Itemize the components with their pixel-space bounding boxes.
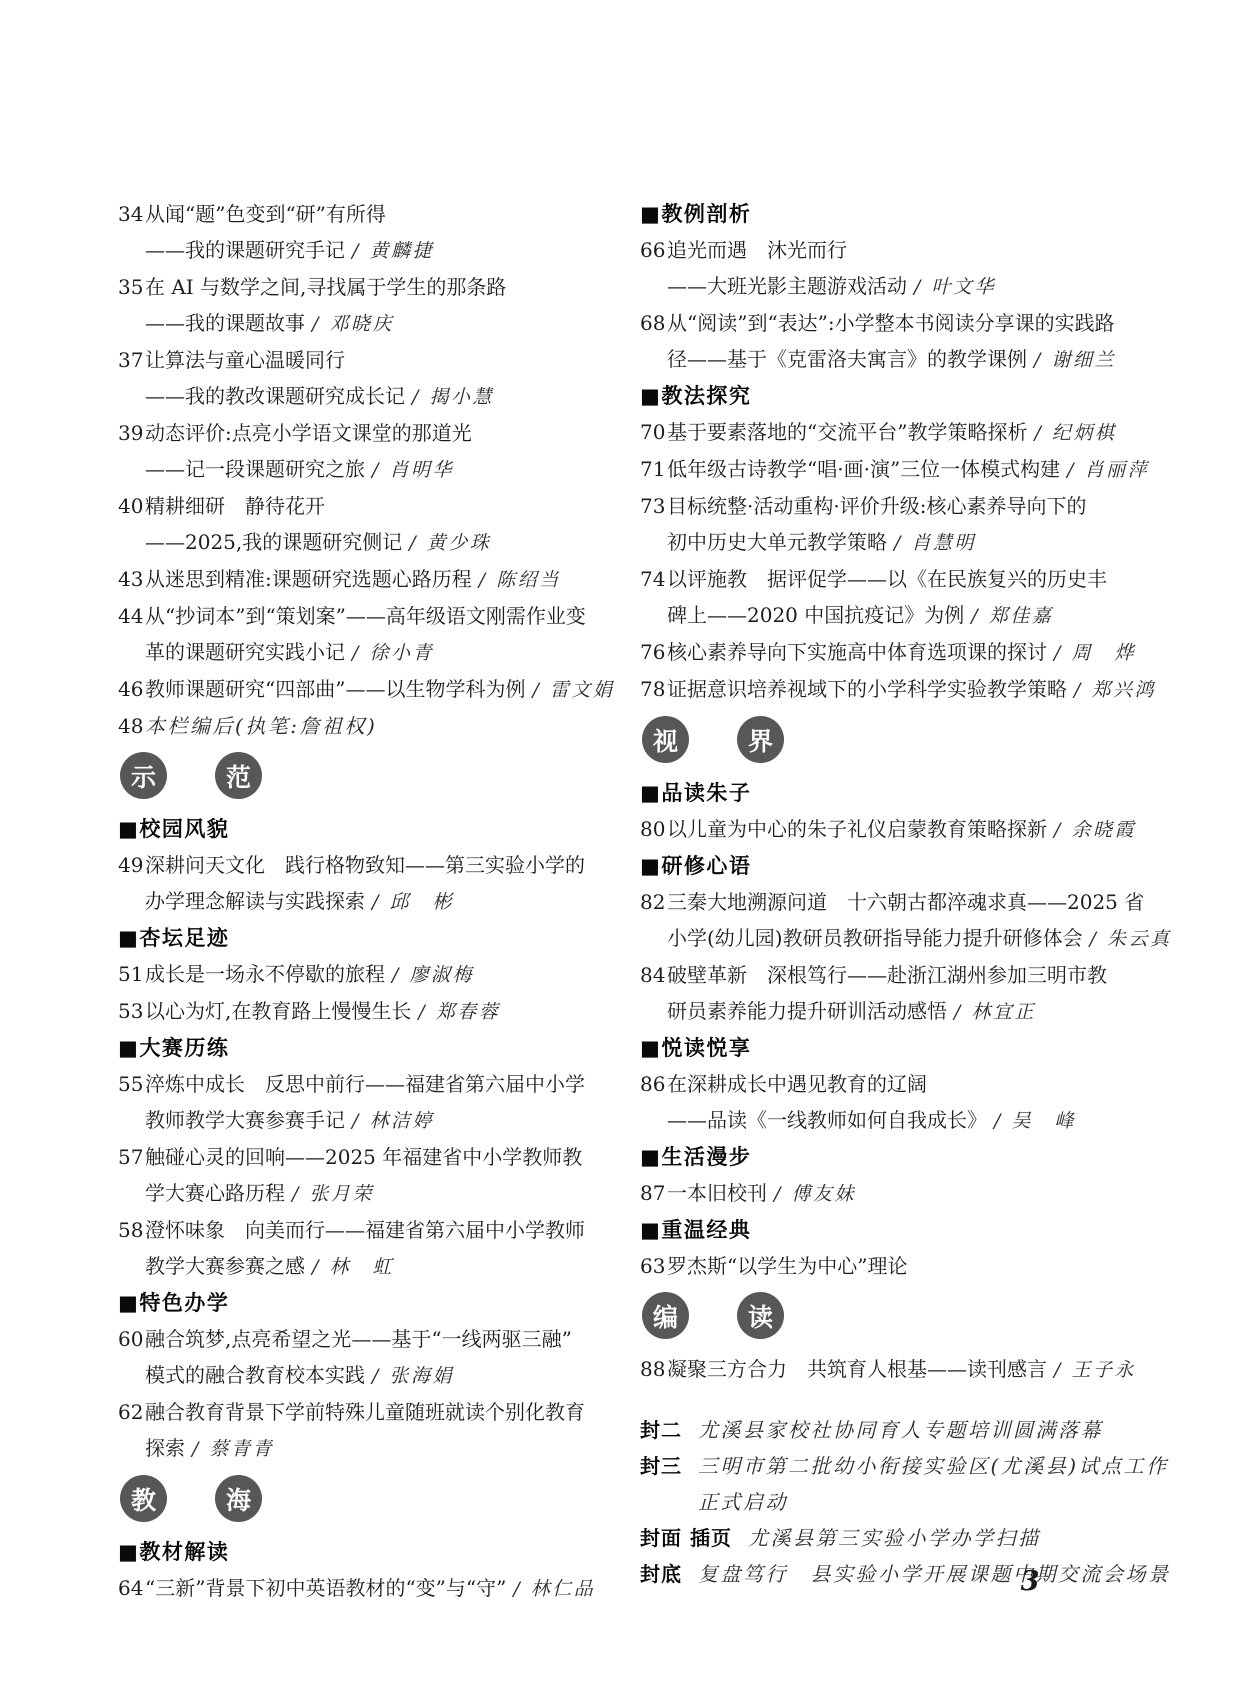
entry-page-number: 39 — [118, 415, 143, 451]
entry-title: 碑上——2020 中国抗疫记》为例 — [667, 603, 964, 627]
entry-title: 融合教育背景下学前特殊儿童随班就读个别化教育 — [145, 1400, 585, 1424]
toc-entry-continuation: 学大赛心路历程/ 张月荣 — [118, 1175, 580, 1212]
entry-title: 低年级古诗教学“唱·画·演”三位一体模式构建 — [667, 457, 1060, 481]
section-header: ■重温经典 — [640, 1212, 1162, 1248]
entry-title: 革的课题研究实践小记 — [145, 640, 345, 664]
cover-entry: 封底复盘笃行 县实验小学开展课题中期交流会场景 — [640, 1556, 1162, 1592]
entry-page-number: 53 — [118, 993, 143, 1029]
badge-circle: 读 — [737, 1292, 784, 1339]
toc-entry: 48本栏编后(执笔:詹祖权) — [118, 708, 580, 744]
entry-title: ——记一段课题研究之旅 — [145, 457, 365, 481]
toc-entry-continuation: ——品读《一线教师如何自我成长》/ 吴 峰 — [640, 1102, 1162, 1139]
entry-title: 初中历史大单元教学策略 — [667, 530, 887, 554]
section-header: ■校园风貌 — [118, 811, 580, 847]
entry-page-number: 87 — [640, 1175, 665, 1211]
entry-title: ——2025,我的课题研究侧记 — [145, 530, 402, 554]
toc-entry: 86在深耕成长中遇见教育的辽阔 — [640, 1066, 1162, 1102]
section-header: ■大赛历练 — [118, 1030, 580, 1066]
toc-page: 34从闻“题”色变到“研”有所得——我的课题研究手记/ 黄麟捷35在 AI 与数… — [0, 0, 1240, 1707]
entry-author: / 朱云真 — [1090, 928, 1172, 950]
entry-author: / 余晓霞 — [1054, 819, 1136, 841]
entry-author: / 周 烨 — [1054, 642, 1136, 664]
entry-author: / 纪炳棋 — [1034, 422, 1116, 444]
cover-entry: 封面 插页尤溪县第三实验小学办学扫描 — [640, 1520, 1162, 1556]
entry-title: 在 AI 与数学之间,寻找属于学生的那条路 — [145, 275, 506, 299]
toc-entry: 66追光而遇 沐光而行 — [640, 232, 1162, 268]
entry-author: / 揭小慧 — [412, 386, 494, 408]
entry-author: / 吴 峰 — [994, 1110, 1076, 1132]
entry-author: / 郑春蓉 — [418, 1001, 500, 1023]
entry-title: 径——基于《克雷洛夫寓言》的教学课例 — [667, 347, 1027, 371]
entry-author: / 廖淑梅 — [392, 964, 474, 986]
cover-text: 复盘笃行 县实验小学开展课题中期交流会场景 — [698, 1556, 1171, 1592]
badge-circle: 视 — [642, 716, 689, 763]
entry-author: / 蔡青青 — [192, 1438, 274, 1460]
entry-title: 小学(幼儿园)教研员教研指导能力提升研修体会 — [667, 926, 1083, 950]
entry-page-number: 48 — [118, 708, 143, 744]
entry-page-number: 88 — [640, 1351, 665, 1387]
badge-circle: 范 — [215, 752, 262, 799]
cover-entry-continuation: 正式启动 — [640, 1484, 1162, 1520]
entry-author: / 林仁品 — [513, 1578, 595, 1600]
toc-entry: 35在 AI 与数学之间,寻找属于学生的那条路 — [118, 269, 580, 305]
page-number: 3 — [1000, 1566, 1060, 1597]
entry-author: / 郑兴鸿 — [1074, 679, 1156, 701]
entry-page-number: 76 — [640, 634, 665, 670]
entry-page-number: 34 — [118, 196, 143, 232]
entry-page-number: 49 — [118, 847, 143, 883]
entry-page-number: 43 — [118, 561, 143, 597]
entry-title: 目标统整·活动重构·评价升级:核心素养导向下的 — [667, 494, 1086, 518]
toc-entry: 53以心为灯,在教育路上慢慢生长/ 郑春蓉 — [118, 993, 580, 1030]
entry-title: 动态评价:点亮小学语文课堂的那道光 — [145, 421, 472, 445]
entry-page-number: 63 — [640, 1248, 665, 1284]
entry-author: / 张月荣 — [292, 1183, 374, 1205]
entry-title: ——大班光影主题游戏活动 — [667, 274, 907, 298]
entry-title: ——我的教改课题研究成长记 — [145, 384, 405, 408]
entry-author: / 林宜正 — [954, 1001, 1036, 1023]
section-header: ■研修心语 — [640, 848, 1162, 884]
entry-page-number: 46 — [118, 671, 143, 707]
section-header: ■特色办学 — [118, 1285, 580, 1321]
cover-label: 封二 — [640, 1412, 682, 1448]
section-header: ■教材解读 — [118, 1534, 580, 1570]
entry-title: 探索 — [145, 1436, 185, 1460]
cover-text: 尤溪县第三实验小学办学扫描 — [748, 1520, 1041, 1556]
spacer — [640, 1388, 1162, 1412]
entry-title: ——品读《一线教师如何自我成长》 — [667, 1108, 987, 1132]
entry-author: / 傅友妹 — [774, 1183, 856, 1205]
toc-entry: 39动态评价:点亮小学语文课堂的那道光 — [118, 415, 580, 451]
toc-entry-continuation: 探索/ 蔡青青 — [118, 1430, 580, 1467]
cover-entry: 封二尤溪县家校社协同育人专题培训圆满落幕 — [640, 1412, 1162, 1448]
entry-title: 以心为灯,在教育路上慢慢生长 — [145, 999, 411, 1023]
entry-author: / 肖慧明 — [894, 532, 976, 554]
entry-title: 三秦大地溯源问道 十六朝古都淬魂求真——2025 省 — [667, 890, 1144, 914]
entry-author: / 叶文华 — [914, 276, 996, 298]
badge-circle: 界 — [737, 716, 784, 763]
entry-page-number: 73 — [640, 488, 665, 524]
entry-title: 研员素养能力提升研训活动感悟 — [667, 999, 947, 1023]
entry-page-number: 60 — [118, 1321, 143, 1357]
entry-title: 学大赛心路历程 — [145, 1181, 285, 1205]
toc-entry-continuation: 小学(幼儿园)教研员教研指导能力提升研修体会/ 朱云真 — [640, 920, 1162, 957]
entry-title: 从迷思到精准:课题研究选题心路历程 — [145, 567, 472, 591]
entry-author: / 郑佳嘉 — [971, 605, 1053, 627]
cover-text: 正式启动 — [698, 1490, 788, 1514]
toc-entry-continuation: ——大班光影主题游戏活动/ 叶文华 — [640, 268, 1162, 305]
entry-title: 让算法与童心温暖同行 — [145, 348, 345, 372]
entry-author: / 雷文娟 — [532, 679, 614, 701]
entry-author: / 林 虹 — [312, 1256, 394, 1278]
section-header: ■杏坛足迹 — [118, 920, 580, 956]
entry-page-number: 84 — [640, 957, 665, 993]
toc-entry: 84破壁革新 深根笃行——赴浙江湖州参加三明市教 — [640, 957, 1162, 993]
toc-entry: 74以评施教 据评促学——以《在民族复兴的历史丰 — [640, 561, 1162, 597]
toc-entry: 34从闻“题”色变到“研”有所得 — [118, 196, 580, 232]
toc-entry: 80以儿童为中心的朱子礼仪启蒙教育策略探新/ 余晓霞 — [640, 811, 1162, 848]
toc-entry: 68从“阅读”到“表达”:小学整本书阅读分享课的实践路 — [640, 305, 1162, 341]
toc-entry: 88凝聚三方合力 共筑育人根基——读刊感言/ 王子永 — [640, 1351, 1162, 1388]
entry-title: 融合筑梦,点亮希望之光——基于“一线两驱三融” — [145, 1327, 572, 1351]
entry-page-number: 44 — [118, 598, 143, 634]
section-header: ■教法探究 — [640, 378, 1162, 414]
toc-entry-continuation: 模式的融合教育校本实践/ 张海娟 — [118, 1357, 580, 1394]
toc-entry: 70基于要素落地的“交流平台”教学策略探析/ 纪炳棋 — [640, 414, 1162, 451]
toc-entry: 55淬炼中成长 反思中前行——福建省第六届中小学 — [118, 1066, 580, 1102]
toc-entry: 46教师课题研究“四部曲”——以生物学科为例/ 雷文娟 — [118, 671, 580, 708]
entry-title: 证据意识培养视域下的小学科学实验教学策略 — [667, 677, 1067, 701]
toc-entry: 87一本旧校刊/ 傅友妹 — [640, 1175, 1162, 1212]
entry-page-number: 37 — [118, 342, 143, 378]
toc-entry: 64“三新”背景下初中英语教材的“变”与“守”/ 林仁品 — [118, 1570, 580, 1607]
toc-entry-continuation: ——我的课题故事/ 邓晓庆 — [118, 305, 580, 342]
entry-page-number: 62 — [118, 1394, 143, 1430]
entry-title: 模式的融合教育校本实践 — [145, 1363, 365, 1387]
entry-title: 办学理念解读与实践探索 — [145, 889, 365, 913]
entry-page-number: 51 — [118, 956, 143, 992]
entry-title: 教师课题研究“四部曲”——以生物学科为例 — [145, 677, 525, 701]
cover-text: 尤溪县家校社协同育人专题培训圆满落幕 — [698, 1412, 1103, 1448]
toc-entry: 37让算法与童心温暖同行 — [118, 342, 580, 378]
toc-entry: 58澄怀味象 向美而行——福建省第六届中小学教师 — [118, 1212, 580, 1248]
entry-title: 教学大赛参赛之感 — [145, 1254, 305, 1278]
entry-author: / 黄少珠 — [409, 532, 491, 554]
entry-page-number: 82 — [640, 884, 665, 920]
entry-page-number: 40 — [118, 488, 143, 524]
toc-entry: 40精耕细研 静待花开 — [118, 488, 580, 524]
toc-entry: 71低年级古诗教学“唱·画·演”三位一体模式构建/ 肖丽萍 — [640, 451, 1162, 488]
toc-entry-continuation: ——记一段课题研究之旅/ 肖明华 — [118, 451, 580, 488]
entry-title: 淬炼中成长 反思中前行——福建省第六届中小学 — [145, 1072, 585, 1096]
badge-circle: 编 — [642, 1292, 689, 1339]
toc-entry: 57触碰心灵的回响——2025 年福建省中小学教师教 — [118, 1139, 580, 1175]
toc-entry: 82三秦大地溯源问道 十六朝古都淬魂求真——2025 省 — [640, 884, 1162, 920]
entry-page-number: 55 — [118, 1066, 143, 1102]
entry-author: / 肖丽萍 — [1067, 459, 1149, 481]
entry-title: 本栏编后(执笔:詹祖权) — [145, 714, 377, 738]
toc-entry: 43从迷思到精准:课题研究选题心路历程/ 陈绍当 — [118, 561, 580, 598]
toc-entry: 62融合教育背景下学前特殊儿童随班就读个别化教育 — [118, 1394, 580, 1430]
entry-page-number: 70 — [640, 414, 665, 450]
entry-title: 从“阅读”到“表达”:小学整本书阅读分享课的实践路 — [667, 311, 1115, 335]
toc-entry-continuation: 革的课题研究实践小记/ 徐小青 — [118, 634, 580, 671]
toc-entry-continuation: 碑上——2020 中国抗疫记》为例/ 郑佳嘉 — [640, 597, 1162, 634]
entry-title: 破壁革新 深根笃行——赴浙江湖州参加三明市教 — [667, 963, 1107, 987]
entry-title: ——我的课题研究手记 — [145, 238, 345, 262]
entry-page-number: 64 — [118, 1570, 143, 1606]
entry-author: / 肖明华 — [372, 459, 454, 481]
entry-title: 一本旧校刊 — [667, 1181, 767, 1205]
section-header: ■品读朱子 — [640, 775, 1162, 811]
entry-author: / 黄麟捷 — [352, 240, 434, 262]
toc-entry-continuation: 研员素养能力提升研训活动感悟/ 林宜正 — [640, 993, 1162, 1030]
entry-page-number: 86 — [640, 1066, 665, 1102]
cover-entry: 封三三明市第二批幼小衔接实验区(尤溪县)试点工作 — [640, 1448, 1162, 1484]
entry-title: 成长是一场永不停歇的旅程 — [145, 962, 385, 986]
entry-page-number: 66 — [640, 232, 665, 268]
entry-page-number: 71 — [640, 451, 665, 487]
toc-entry: 51成长是一场永不停歇的旅程/ 廖淑梅 — [118, 956, 580, 993]
cover-text: 三明市第二批幼小衔接实验区(尤溪县)试点工作 — [698, 1448, 1169, 1484]
entry-title: 以评施教 据评促学——以《在民族复兴的历史丰 — [667, 567, 1107, 591]
entry-page-number: 68 — [640, 305, 665, 341]
entry-author: / 王子永 — [1054, 1359, 1136, 1381]
entry-author: / 林洁婷 — [352, 1110, 434, 1132]
entry-author: / 徐小青 — [352, 642, 434, 664]
entry-page-number: 74 — [640, 561, 665, 597]
cover-label: 封底 — [640, 1556, 682, 1592]
entry-author: / 邓晓庆 — [312, 313, 394, 335]
entry-title: 罗杰斯“以学生为中心”理论 — [667, 1254, 907, 1278]
entry-title: “三新”背景下初中英语教材的“变”与“守” — [145, 1576, 506, 1600]
category-badge: 示范 — [118, 752, 580, 799]
entry-title: 以儿童为中心的朱子礼仪启蒙教育策略探新 — [667, 817, 1047, 841]
badge-circle: 教 — [120, 1475, 167, 1522]
toc-entry-continuation: ——我的课题研究手记/ 黄麟捷 — [118, 232, 580, 269]
entry-author: / 张海娟 — [372, 1365, 454, 1387]
toc-entry: 76核心素养导向下实施高中体育选项课的探讨/ 周 烨 — [640, 634, 1162, 671]
cover-label: 封三 — [640, 1448, 682, 1484]
entry-title: 澄怀味象 向美而行——福建省第六届中小学教师 — [145, 1218, 585, 1242]
entry-title: ——我的课题故事 — [145, 311, 305, 335]
entry-title: 追光而遇 沐光而行 — [667, 238, 847, 262]
entry-title: 精耕细研 静待花开 — [145, 494, 325, 518]
toc-entry-continuation: ——2025,我的课题研究侧记/ 黄少珠 — [118, 524, 580, 561]
toc-column-left: 34从闻“题”色变到“研”有所得——我的课题研究手记/ 黄麟捷35在 AI 与数… — [118, 196, 580, 1607]
entry-title: 在深耕成长中遇见教育的辽阔 — [667, 1072, 927, 1096]
entry-author: / 谢细兰 — [1034, 349, 1116, 371]
toc-entry-continuation: 教学大赛参赛之感/ 林 虹 — [118, 1248, 580, 1285]
entry-title: 从“抄词本”到“策划案”——高年级语文刚需作业变 — [145, 604, 586, 628]
toc-entry: 44从“抄词本”到“策划案”——高年级语文刚需作业变 — [118, 598, 580, 634]
cover-label: 封面 插页 — [640, 1520, 732, 1556]
toc-entry: 63罗杰斯“以学生为中心”理论 — [640, 1248, 1162, 1284]
badge-circle: 海 — [215, 1475, 262, 1522]
badge-circle: 示 — [120, 752, 167, 799]
category-badge: 视界 — [640, 716, 1162, 763]
entry-author: / 邱 彬 — [372, 891, 454, 913]
category-badge: 编读 — [640, 1292, 1162, 1339]
toc-column-right: ■教例剖析66追光而遇 沐光而行——大班光影主题游戏活动/ 叶文华68从“阅读”… — [640, 196, 1162, 1592]
toc-entry: 49深耕问天文化 践行格物致知——第三实验小学的 — [118, 847, 580, 883]
section-header: ■生活漫步 — [640, 1139, 1162, 1175]
entry-title: 教师教学大赛参赛手记 — [145, 1108, 345, 1132]
entry-title: 凝聚三方合力 共筑育人根基——读刊感言 — [667, 1357, 1047, 1381]
toc-entry-continuation: 办学理念解读与实践探索/ 邱 彬 — [118, 883, 580, 920]
toc-entry-continuation: ——我的教改课题研究成长记/ 揭小慧 — [118, 378, 580, 415]
entry-title: 触碰心灵的回响——2025 年福建省中小学教师教 — [145, 1145, 582, 1169]
entry-title: 核心素养导向下实施高中体育选项课的探讨 — [667, 640, 1047, 664]
entry-author: / 陈绍当 — [479, 569, 561, 591]
toc-entry: 73目标统整·活动重构·评价升级:核心素养导向下的 — [640, 488, 1162, 524]
entry-page-number: 35 — [118, 269, 143, 305]
entry-title: 基于要素落地的“交流平台”教学策略探析 — [667, 420, 1027, 444]
toc-entry-continuation: 教师教学大赛参赛手记/ 林洁婷 — [118, 1102, 580, 1139]
toc-entry: 78证据意识培养视域下的小学科学实验教学策略/ 郑兴鸿 — [640, 671, 1162, 708]
entry-page-number: 78 — [640, 671, 665, 707]
entry-page-number: 57 — [118, 1139, 143, 1175]
entry-page-number: 80 — [640, 811, 665, 847]
toc-entry-continuation: 初中历史大单元教学策略/ 肖慧明 — [640, 524, 1162, 561]
entry-title: 从闻“题”色变到“研”有所得 — [145, 202, 386, 226]
entry-page-number: 58 — [118, 1212, 143, 1248]
toc-entry: 60融合筑梦,点亮希望之光——基于“一线两驱三融” — [118, 1321, 580, 1357]
category-badge: 教海 — [118, 1475, 580, 1522]
section-header: ■悦读悦享 — [640, 1030, 1162, 1066]
toc-entry-continuation: 径——基于《克雷洛夫寓言》的教学课例/ 谢细兰 — [640, 341, 1162, 378]
entry-title: 深耕问天文化 践行格物致知——第三实验小学的 — [145, 853, 585, 877]
section-header: ■教例剖析 — [640, 196, 1162, 232]
